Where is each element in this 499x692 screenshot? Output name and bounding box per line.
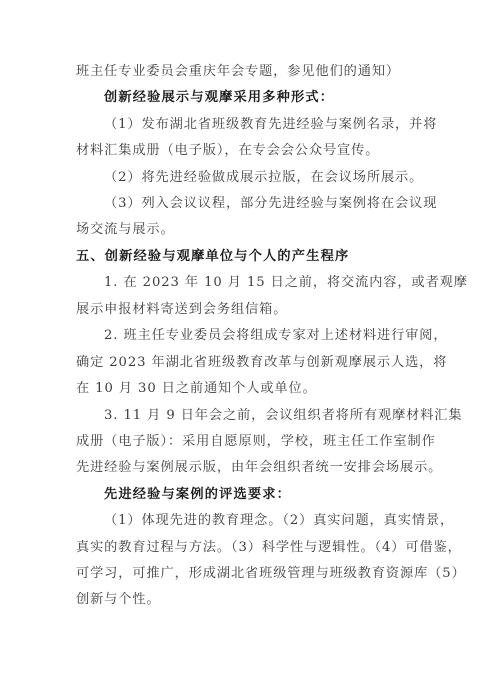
text-line: 真实的教育过程与方法。（3）科学性与逻辑性。（4）可借鉴， [76, 538, 426, 558]
subheading-display-forms: 创新经验展示与观摩采用多种形式： [104, 88, 426, 108]
text-line: 1. 在 2023 年 10 月 15 日之前，将交流内容，或者观摩 [104, 273, 426, 293]
document-page: 班主任专业委员会重庆年会专题，参见他们的通知） 创新经验展示与观摩采用多种形式：… [0, 0, 499, 692]
text-line: 2. 班主任专业委员会将组成专家对上述材料进行审阅， [104, 326, 426, 346]
text-line: （2）将先进经验做成展示拉版，在会议场所展示。 [104, 168, 426, 188]
text-line: 确定 2023 年湖北省班级教育改革与创新观摩展示人选，将 [76, 353, 426, 373]
text-line: 创新与个性。 [76, 590, 426, 610]
text-line: 材料汇集成册（电子版），在专会会公众号宣传。 [76, 141, 426, 161]
text-line: （3）列入会议议程，部分先进经验与案例将在会议现 [104, 194, 426, 214]
text-line: 先进经验与案例展示版，由年会组织者统一安排会场展示。 [76, 458, 426, 478]
text-line: 在 10 月 30 日之前通知个人或单位。 [76, 379, 426, 399]
text-line: 场交流与展示。 [76, 220, 426, 240]
section-heading-five: 五、创新经验与观摩单位与个人的产生程序 [76, 247, 426, 267]
text-line: 3. 11 月 9 日年会之前，会议组织者将所有观摩材料汇集 [104, 406, 426, 426]
subheading-selection-criteria: 先进经验与案例的评选要求： [104, 485, 426, 505]
text-line: 成册（电子版）：采用自愿原则，学校，班主任工作室制作 [76, 432, 426, 452]
text-line: 展示申报材料寄送到会务组信箱。 [76, 300, 426, 320]
text-line: （1）体现先进的教育理念。（2）真实问题，真实情景， [104, 511, 426, 531]
text-line: 可学习，可推广，形成湖北省班级管理与班级教育资源库（5） [76, 564, 426, 584]
text-line: （1）发布湖北省班级教育先进经验与案例名录，并将 [104, 115, 426, 135]
text-line-continuation: 班主任专业委员会重庆年会专题，参见他们的通知） [76, 62, 426, 82]
